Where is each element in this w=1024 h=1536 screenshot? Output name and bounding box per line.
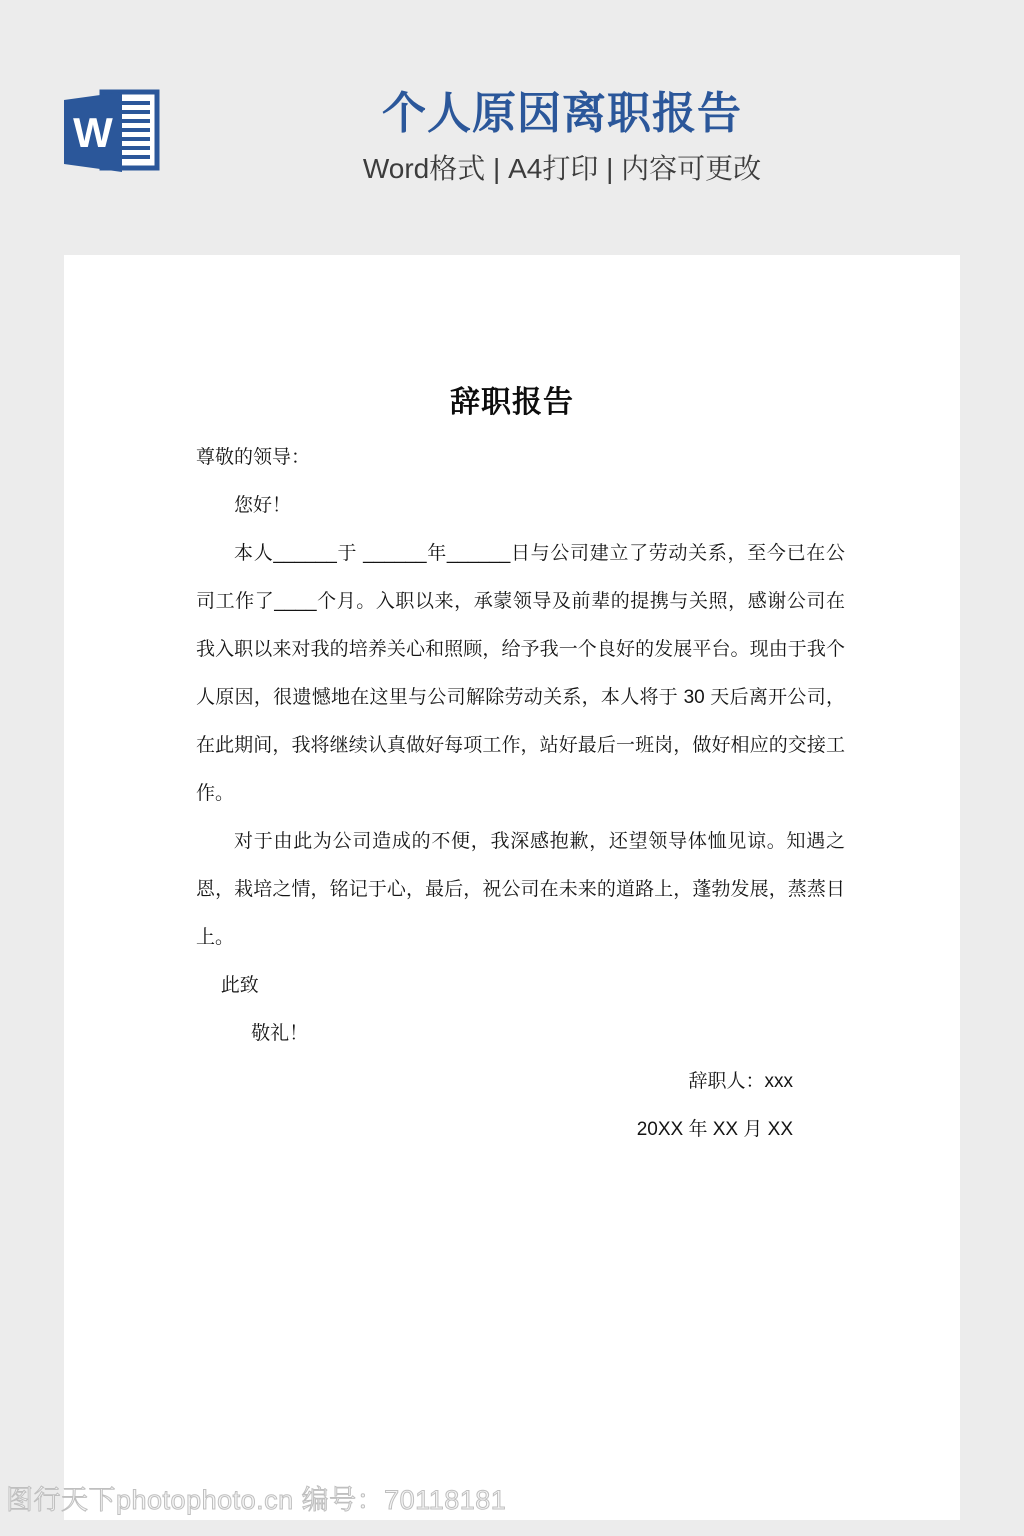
document-body: 尊敬的领导： 您好！ 本人______于 ______年______日与公司建立… [196, 434, 845, 1154]
header: W 个人原因离职报告 Word格式 | A4打印 | 内容可更改 [0, 0, 1024, 255]
site-watermark: 图行天下photophoto.cn 编号：70118181 [6, 1483, 506, 1517]
closing-jingli: 敬礼！ [196, 1010, 845, 1058]
template-subtitle: Word格式 | A4打印 | 内容可更改 [50, 153, 1024, 185]
document-title: 辞职报告 [64, 255, 960, 421]
paragraph-2: 对于由此为公司造成的不便，我深感抱歉，还望领导体恤见谅。知遇之恩，栽培之情，铭记… [196, 818, 845, 962]
paragraph-1: 本人______于 ______年______日与公司建立了劳动关系，至今已在公… [196, 530, 845, 818]
signer-line: 辞职人：xxx [196, 1058, 793, 1106]
template-title: 个人原因离职报告 [50, 88, 1024, 140]
date-line: 20XX 年 XX 月 XX [196, 1106, 793, 1154]
closing-cizhi: 此致 [196, 962, 845, 1010]
document-page: 辞职报告 尊敬的领导： 您好！ 本人______于 ______年______日… [64, 255, 960, 1520]
signature-block: 辞职人：xxx 20XX 年 XX 月 XX [196, 1058, 845, 1154]
greeting: 您好！ [196, 482, 845, 530]
template-preview-page: { "colors": { "background": "#ececec", "… [0, 0, 1024, 1536]
header-text: 个人原因离职报告 Word格式 | A4打印 | 内容可更改 [50, 88, 1024, 185]
salutation: 尊敬的领导： [196, 434, 845, 482]
